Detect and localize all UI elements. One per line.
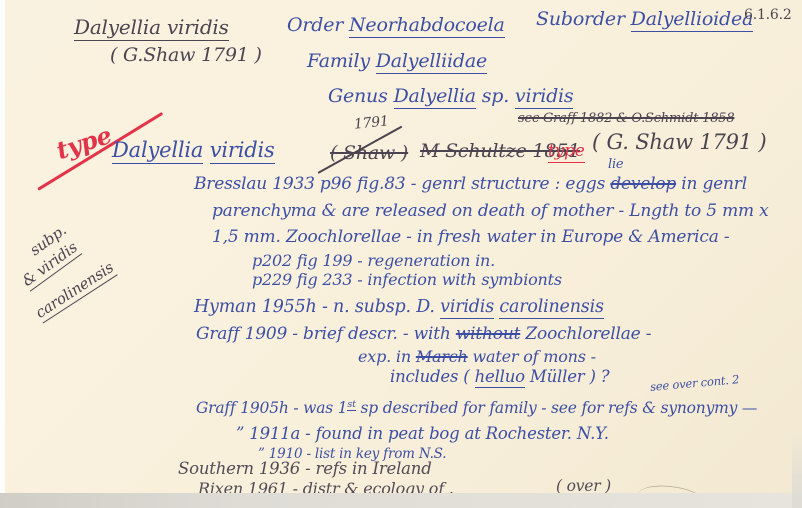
- type-annotation-red: type: [548, 142, 585, 161]
- scan-edge-left: [0, 0, 5, 508]
- species-epithet: viridis: [210, 138, 275, 164]
- card-title-author: ( G.Shaw 1791 ): [110, 45, 262, 66]
- family-label: Family: [307, 50, 376, 72]
- inserted-year: 1791: [353, 114, 389, 133]
- genus-name: Dalyellia: [394, 85, 476, 109]
- graff1909-struck-word-2: March: [416, 347, 468, 366]
- bresslau-entry-line5: p229 fig 233 - infection with symbionts: [252, 271, 562, 289]
- bresslau-entry-line3: 1,5 mm. Zoochlorellae - in fresh water i…: [212, 228, 729, 247]
- suborder-line: Suborder Dalyellioidea: [536, 9, 753, 30]
- genus-line: Genus Dalyellia sp. viridis: [328, 86, 573, 107]
- southern-entry: Southern 1936 - refs in Ireland: [178, 460, 432, 478]
- scan-edge-corner: [792, 430, 802, 508]
- graff1905-text-a: Graff 1905h - was 1: [196, 399, 347, 417]
- scanned-index-card-page: { "palette": { "card_background": "#f9f0…: [0, 0, 802, 508]
- graff1909-text-b: Zoochlorellae -: [520, 324, 651, 344]
- graff1905-entry: Graff 1905h - was 1st sp described for f…: [196, 400, 757, 417]
- valid-author: ( G. Shaw 1791 ): [592, 131, 766, 154]
- hyman-carolinensis: carolinensis: [499, 297, 603, 319]
- card-title: Dalyellia viridis: [74, 16, 229, 38]
- species-genus: Dalyellia: [112, 138, 203, 164]
- bresslau-inserted-word: lie: [608, 158, 623, 172]
- hyman-entry: Hyman 1955h - n. subsp. D. viridis carol…: [194, 298, 604, 317]
- genus-label: Genus: [328, 85, 394, 107]
- card-title-name: Dalyellia viridis: [74, 15, 229, 41]
- scan-edge-bottom: [0, 493, 802, 508]
- bresslau-text-a: Bresslau 1933 p96 fig.83 - genrl structu…: [194, 174, 610, 194]
- year1911-entry: ” 1911a - found in peat bog at Rochester…: [236, 425, 609, 443]
- family-line: Family Dalyelliidae: [307, 51, 487, 72]
- bresslau-entry-line4: p202 fig 199 - regeneration in.: [252, 252, 495, 270]
- order-name: Neorhabdocoela: [349, 14, 505, 38]
- graff1909-text-3b: Müller ) ?: [525, 367, 610, 386]
- bresslau-entry-line1: Bresslau 1933 p96 fig.83 - genrl structu…: [194, 175, 747, 194]
- graff1905-superscript: st: [347, 399, 355, 411]
- struck-reference-note: sec Graff 1882 & O.Schmidt 1858: [518, 112, 734, 126]
- genus-species: viridis: [515, 85, 574, 109]
- bresslau-struck-word: develop: [610, 174, 676, 194]
- graff1909-text-2b: water of mons -: [468, 347, 596, 366]
- hyman-viridis: viridis: [440, 297, 494, 319]
- graff1909-text-2a: exp. in: [358, 347, 416, 366]
- bresslau-entry-line2: parenchyma & are released on death of mo…: [212, 202, 769, 221]
- graff1909-entry-line3: includes ( helluo Müller ) ?: [390, 368, 609, 386]
- species-name-line: Dalyellia viridis: [112, 139, 275, 162]
- hyman-text: Hyman 1955h - n. subsp. D.: [194, 297, 440, 317]
- type-annotation-red-text: type: [548, 141, 585, 163]
- family-name: Dalyelliidae: [376, 50, 487, 74]
- suborder-label: Suborder: [536, 8, 631, 30]
- bresslau-text-b: in genrl: [676, 174, 747, 194]
- graff1909-entry-line2: exp. in March water of mons -: [358, 348, 596, 366]
- genus-infix: sp.: [476, 85, 515, 107]
- graff1909-entry-line1: Graff 1909 - brief descr. - with without…: [196, 325, 651, 344]
- graff1909-text-a: Graff 1909 - brief descr. - with: [196, 324, 456, 344]
- order-label: Order: [287, 14, 349, 36]
- order-line: Order Neorhabdocoela: [287, 15, 505, 36]
- suborder-name: Dalyellioidea: [631, 8, 754, 32]
- graff1905-text-b: sp described for family - see for refs &…: [356, 399, 757, 417]
- graff1909-helluo: helluo: [475, 367, 525, 388]
- species-space: [203, 138, 209, 162]
- graff1909-text-3a: includes (: [390, 367, 475, 386]
- index-card: Dalyellia viridis ( G.Shaw 1791 ) Order …: [0, 0, 802, 508]
- graff1909-struck-word: without: [456, 324, 520, 344]
- catalog-number: 6.1.6.2: [744, 8, 792, 23]
- see-over-note: see over cont. 2: [650, 373, 740, 393]
